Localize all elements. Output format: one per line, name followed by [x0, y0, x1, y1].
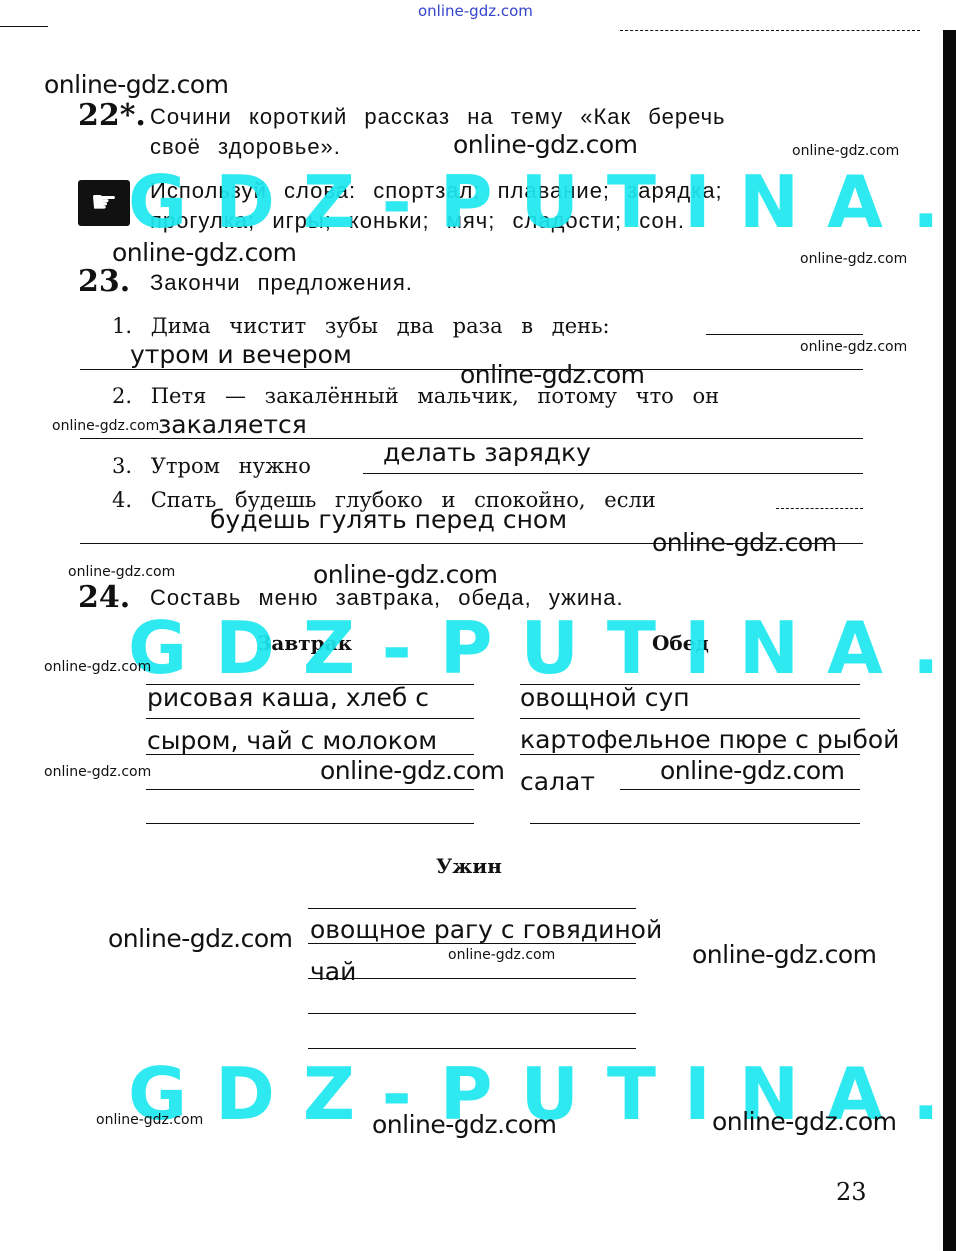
watermark-text: online-gdz.com [320, 756, 504, 785]
watermark-text: online-gdz.com [712, 1107, 896, 1136]
sentence-prompt-1: 1. Дима чистит зубы два раза в день: [112, 314, 610, 338]
watermark-text: online-gdz.com [692, 940, 876, 969]
watermark-text: online-gdz.com [800, 251, 907, 267]
watermark-text: online-gdz.com [652, 528, 836, 557]
sentence-answer-3[interactable]: делать зарядку [383, 438, 591, 467]
menu-line [620, 789, 860, 790]
watermark-text: online-gdz.com [112, 238, 296, 267]
menu-line [520, 754, 860, 755]
menu-line [146, 823, 474, 824]
scan-artifact-line [0, 26, 48, 27]
watermark-text: online-gdz.com [800, 339, 907, 355]
answer-line [776, 508, 863, 509]
watermark-text: online-gdz.com [44, 70, 228, 99]
page-number: 23 [836, 1178, 867, 1206]
sentence-answer-2[interactable]: закаляется [158, 410, 307, 439]
dinner-item-1[interactable]: овощное рагу с говядиной [310, 915, 662, 944]
watermark-text: online-gdz.com [96, 1112, 203, 1128]
exercise-23-number: 23. [78, 264, 130, 299]
watermark-text: online-gdz.com [372, 1110, 556, 1139]
watermark-text: online-gdz.com [108, 924, 292, 953]
sentence-answer-4[interactable]: будешь гулять перед сном [210, 505, 567, 534]
menu-line [308, 1048, 636, 1049]
watermark-text: online-gdz.com [448, 947, 555, 963]
exercise-22-title-line1: Сочини короткий рассказ на тему «Как бер… [150, 104, 726, 130]
sentence-answer-1[interactable]: утром и вечером [130, 340, 352, 369]
lunch-item-3[interactable]: салат [520, 767, 595, 796]
sentence-prompt-2: 2. Петя — закалённый мальчик, потому что… [112, 384, 719, 408]
watermark-text: online-gdz.com [68, 564, 175, 580]
dinner-item-2[interactable]: чай [310, 957, 356, 986]
top-watermark: online-gdz.com [418, 2, 533, 20]
watermark-text: online-gdz.com [52, 418, 159, 434]
brand-watermark: GDZ-PUTINA.RU [128, 160, 956, 244]
watermark-text: online-gdz.com [44, 659, 151, 675]
menu-line [146, 718, 474, 719]
answer-line [363, 473, 863, 474]
watermark-text: online-gdz.com [792, 143, 899, 159]
breakfast-item-1[interactable]: рисовая каша, хлеб с [147, 683, 429, 712]
pointing-hand-icon: ☛ [78, 180, 130, 226]
lunch-item-1[interactable]: овощной суп [520, 683, 690, 712]
watermark-text: online-gdz.com [453, 130, 637, 159]
menu-line [530, 823, 860, 824]
breakfast-item-2[interactable]: сыром, чай с молоком [147, 726, 437, 755]
scan-artifact-line [620, 30, 920, 31]
menu-line [308, 978, 636, 979]
menu-line [308, 1013, 636, 1014]
menu-line [146, 789, 474, 790]
exercise-22-title-line2: своё здоровье». [150, 134, 341, 160]
dinner-heading: Ужин [436, 854, 502, 878]
exercise-24-number: 24. [78, 580, 130, 615]
sentence-prompt-3: 3. Утром нужно [112, 454, 311, 478]
watermark-text: online-gdz.com [660, 756, 844, 785]
watermark-text: online-gdz.com [44, 764, 151, 780]
lunch-item-2[interactable]: картофельное пюре с рыбой [520, 725, 899, 754]
menu-line [520, 718, 860, 719]
answer-line [706, 334, 863, 335]
exercise-22-number: 22*. [78, 98, 146, 133]
exercise-23-title: Закончи предложения. [150, 270, 413, 296]
brand-watermark: GDZ-PUTINA.RU [128, 606, 956, 690]
menu-line [308, 908, 636, 909]
